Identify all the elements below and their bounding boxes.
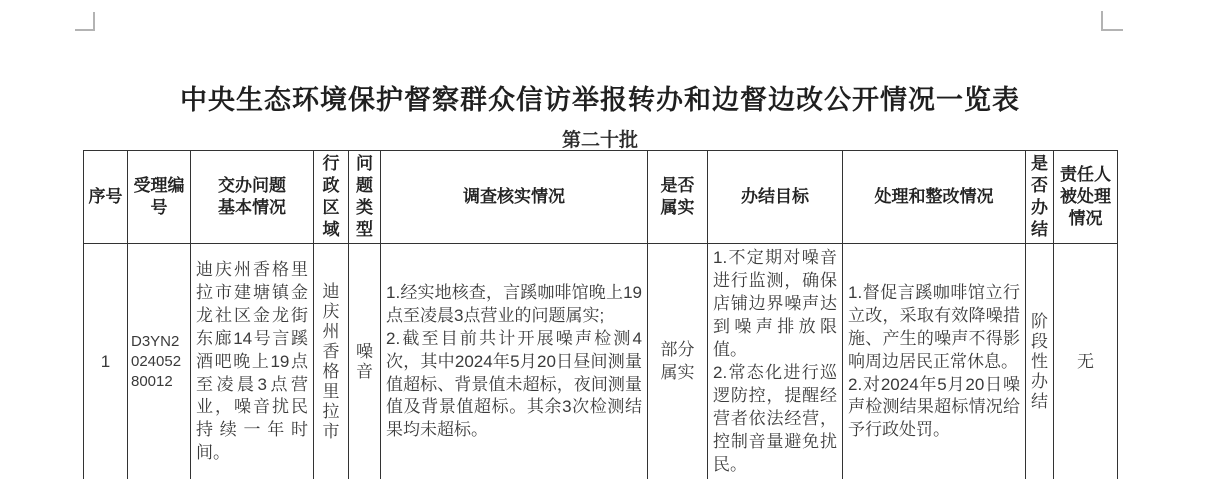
header-handling: 处理和整改情况 — [843, 151, 1026, 244]
cell-accountability: 无 — [1054, 244, 1118, 479]
batch-subtitle: 第二十批 — [83, 125, 1117, 152]
header-goal: 办结目标 — [708, 151, 843, 244]
crop-mark-top-left-icon — [75, 12, 95, 31]
header-region: 行 政 区 域 — [314, 151, 349, 244]
table-header-row: 序号 受理编 号 交办问题 基本情况 行 政 区 域 问 题 类 型 调查核实情… — [84, 151, 1118, 244]
header-is-true: 是否 属实 — [648, 151, 708, 244]
report-table: 序号 受理编 号 交办问题 基本情况 行 政 区 域 问 题 类 型 调查核实情… — [83, 150, 1118, 479]
cell-goal: 1.不定期对噪音进行监测，确保店铺边界噪声达到噪声排放限值。 2.常态化进行巡逻… — [708, 244, 843, 479]
crop-mark-top-right-icon — [1101, 11, 1123, 31]
cell-is-closed: 阶 段 性 办 结 — [1026, 244, 1054, 479]
cell-type: 噪 音 — [349, 244, 381, 479]
cell-is-true: 部分 属实 — [648, 244, 708, 479]
cell-handling: 1.督促言蹊咖啡馆立行立改，采取有效降噪措施、产生的噪声不得影响周边居民正常休息… — [843, 244, 1026, 479]
header-acceptance-no: 受理编 号 — [128, 151, 191, 244]
cell-problem: 迪庆州香格里拉市建塘镇金龙社区金龙街东廊14号言蹊酒吧晚上19点至凌晨3点营业，… — [191, 244, 314, 479]
cell-verification: 1.经实地核查，言蹊咖啡馆晚上19点至凌晨3点营业的问题属实; 2.截至目前共计… — [381, 244, 648, 479]
header-verification: 调查核实情况 — [381, 151, 648, 244]
header-seq: 序号 — [84, 151, 128, 244]
cell-region: 迪 庆 州 香 格 里 拉 市 — [314, 244, 349, 479]
header-problem: 交办问题 基本情况 — [191, 151, 314, 244]
header-is-closed: 是 否 办 结 — [1026, 151, 1054, 244]
table-row: 1 D3YN202405280012 迪庆州香格里拉市建塘镇金龙社区金龙街东廊1… — [84, 244, 1118, 479]
page-title: 中央生态环境保护督察群众信访举报转办和边督边改公开情况一览表 — [83, 78, 1117, 117]
header-type: 问 题 类 型 — [349, 151, 381, 244]
cell-acceptance-no: D3YN202405280012 — [128, 244, 191, 479]
header-accountability: 责任人 被处理 情况 — [1054, 151, 1118, 244]
document-page: 中央生态环境保护督察群众信访举报转办和边督边改公开情况一览表 第二十批 序号 受… — [0, 0, 1207, 479]
cell-seq: 1 — [84, 244, 128, 479]
